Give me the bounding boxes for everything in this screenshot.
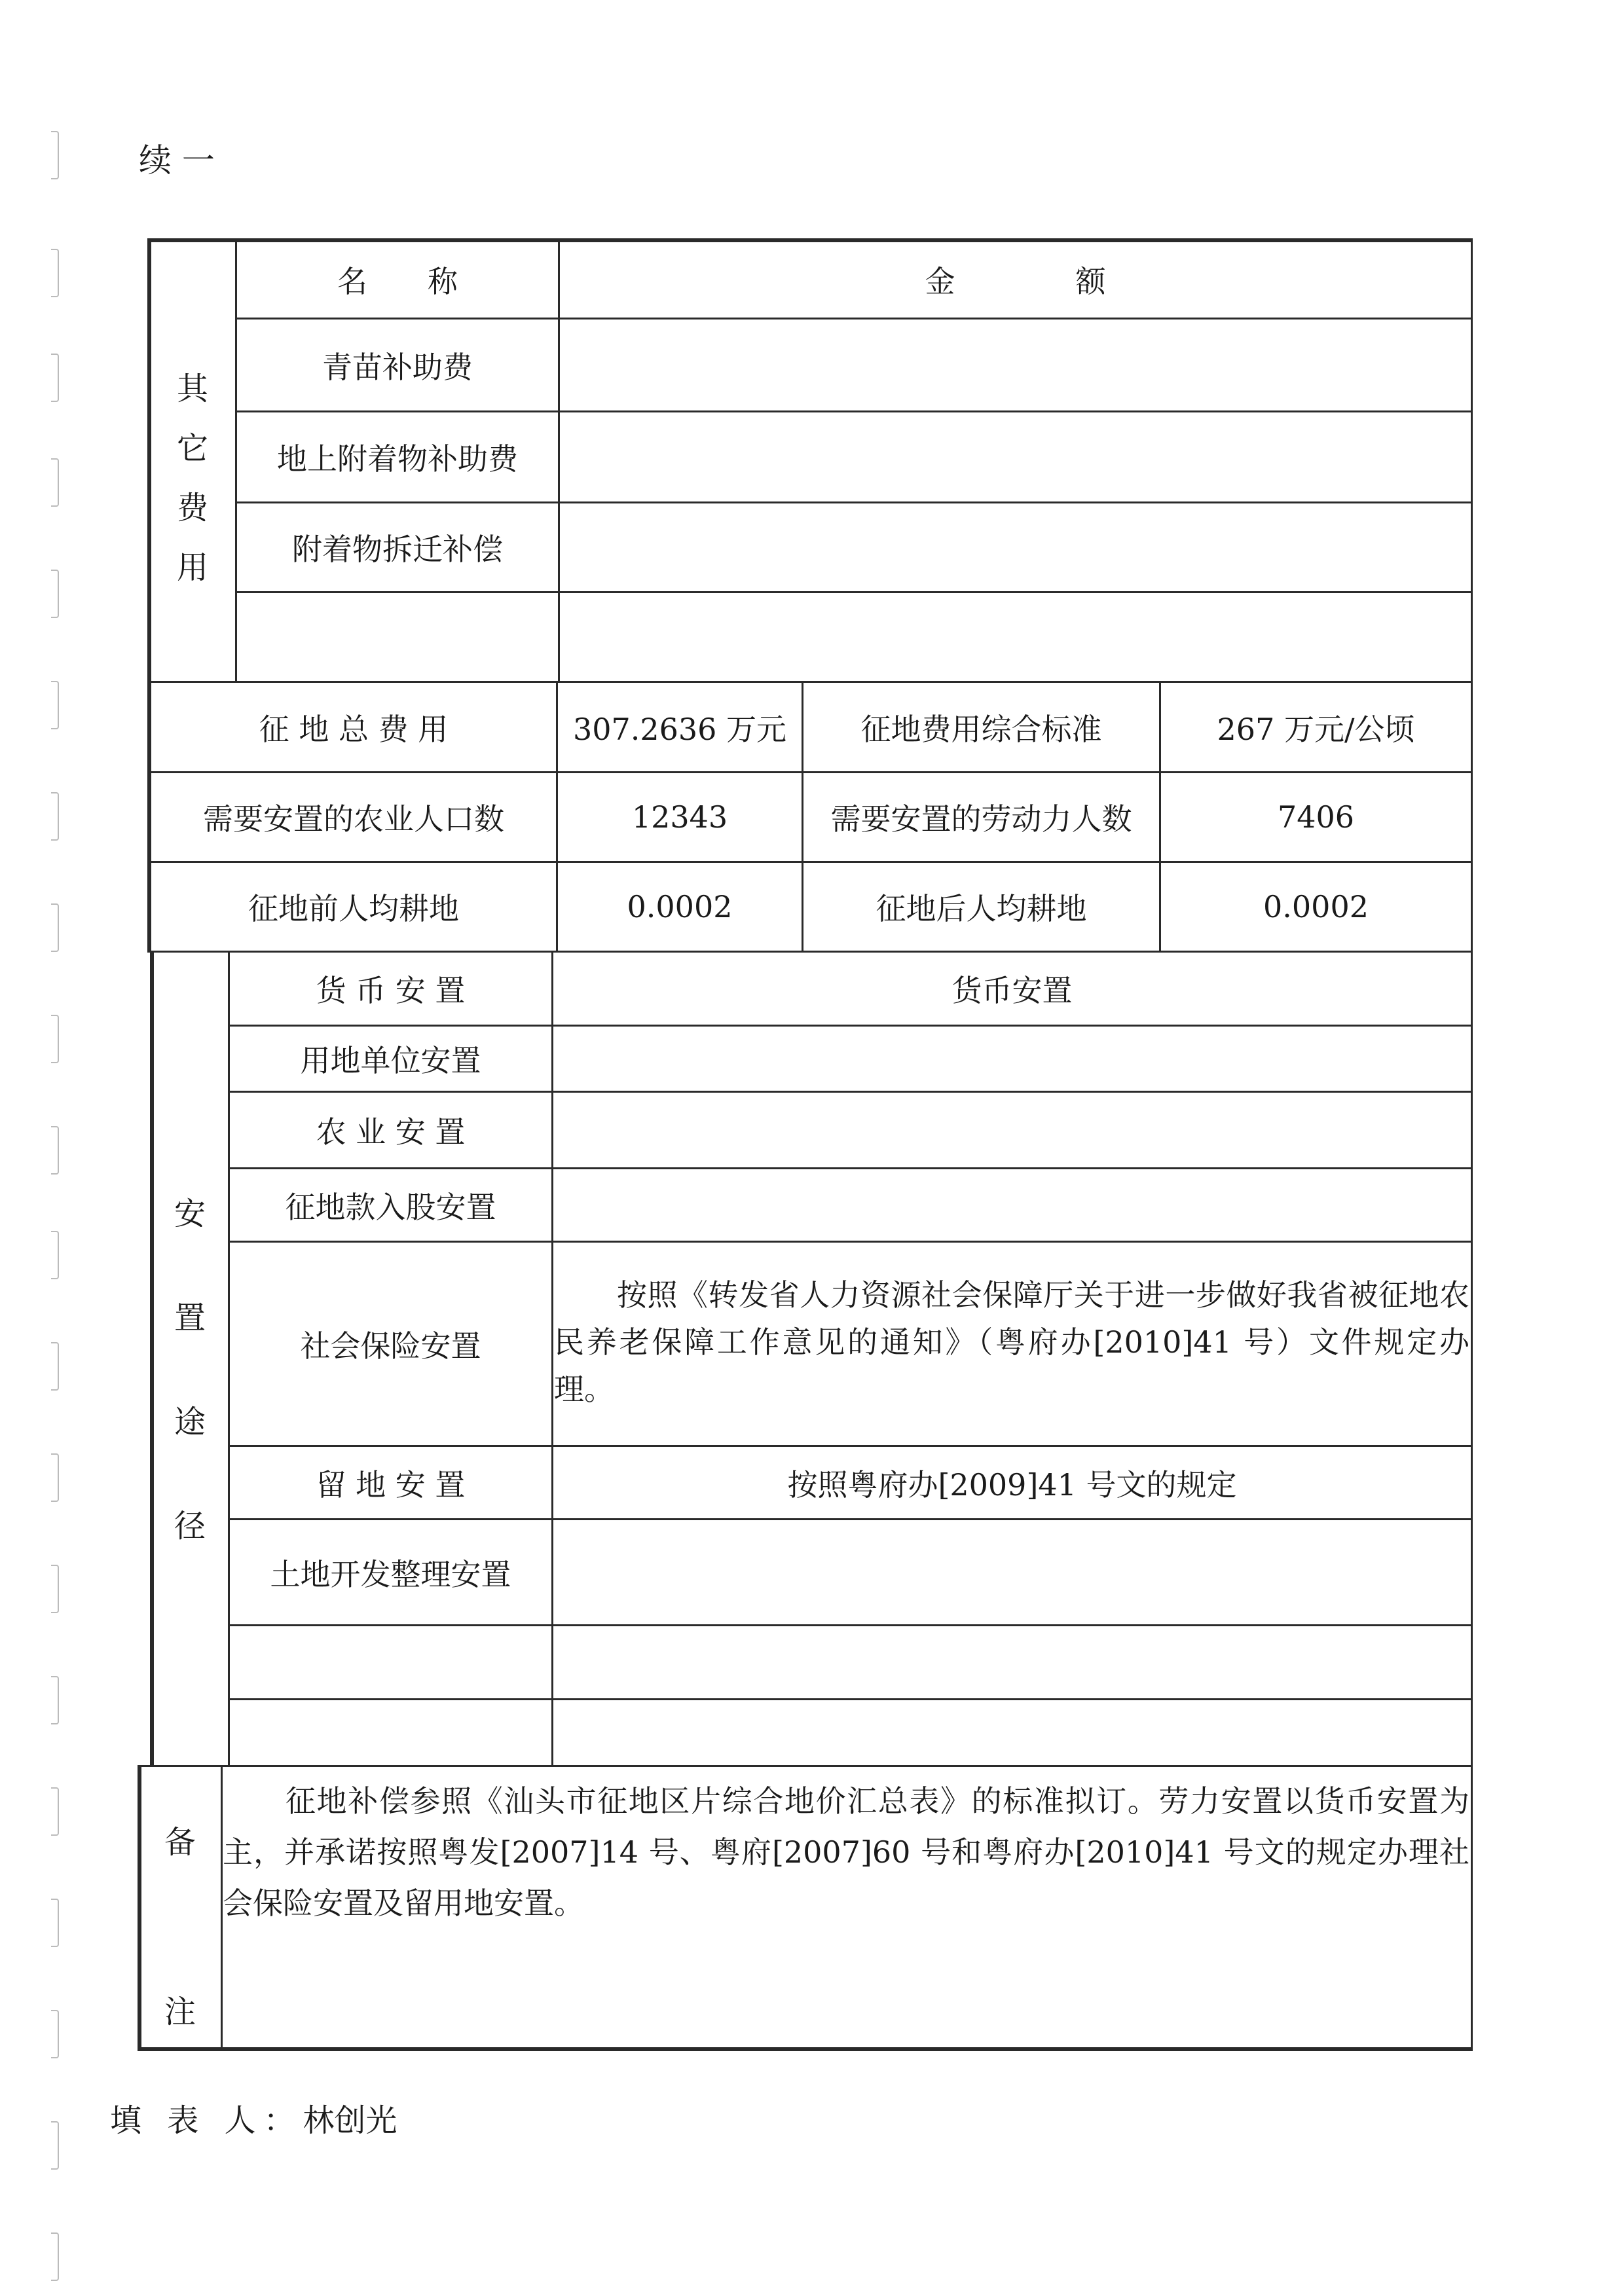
resettlement-value: 按照粤府办[2009]41 号文的规定 (553, 1447, 1471, 1518)
agri-population-label: 需要安置的农业人口数 (151, 773, 556, 861)
resettlement-value (553, 1700, 1471, 1765)
farmland-after-label: 征地后人均耕地 (803, 863, 1159, 951)
binder-hole (51, 2121, 59, 2170)
cost-item-amount (560, 319, 1471, 410)
resettlement-value (553, 1027, 1471, 1091)
resettlement-value: 货币安置 (553, 953, 1471, 1025)
binder-hole (51, 2232, 59, 2281)
cost-item-name: 附着物拆迁补偿 (237, 503, 558, 591)
binder-hole (51, 1565, 59, 1613)
resettlement-section-label: 安 置 途 径 (152, 1188, 228, 1546)
resettlement-name: 农 业 安 置 (230, 1093, 551, 1167)
cost-item-name (237, 593, 558, 681)
remarks-section-label: 备 注 (139, 1817, 221, 2032)
other-costs-section-label: 其 它 费 用 (151, 363, 234, 587)
filler-row: 填 表 人： 林创光 (110, 2095, 397, 2140)
cost-standard-value: 267 万元/公顷 (1161, 683, 1471, 771)
binder-hole (51, 1899, 59, 1947)
labor-count-label: 需要安置的劳动力人数 (803, 773, 1159, 861)
binder-hole (51, 570, 59, 618)
cost-item-amount (560, 412, 1471, 501)
binder-hole (51, 1453, 59, 1502)
resettlement-value (553, 1093, 1471, 1167)
resettlement-name: 用地单位安置 (230, 1027, 551, 1091)
binder-hole (51, 1676, 59, 1724)
resettlement-name: 土地开发整理安置 (230, 1520, 551, 1624)
binder-hole (51, 1015, 59, 1063)
header-amount: 金 额 (560, 241, 1471, 318)
binder-hole (51, 792, 59, 841)
farmland-after-value: 0.0002 (1161, 863, 1471, 951)
total-cost-label: 征 地 总 费 用 (151, 683, 556, 771)
resettlement-value (553, 1626, 1471, 1698)
resettlement-name (230, 1626, 551, 1698)
binder-hole (51, 903, 59, 952)
binder-hole (51, 458, 59, 507)
cost-item-amount (560, 503, 1471, 591)
resettlement-name: 留 地 安 置 (230, 1447, 551, 1518)
social-insurance-text: 按照《转发省人力资源社会保障厅关于进一步做好我省被征地农民养老保障工作意见的通知… (554, 1271, 1469, 1413)
binder-hole (51, 1126, 59, 1175)
binder-hole (51, 1342, 59, 1391)
binder-hole (51, 1231, 59, 1279)
remarks-text: 征地补偿参照《汕头市征地区片综合地价汇总表》的标准拟订。劳力安置以货币安置为主，… (223, 1776, 1469, 1929)
binder-hole (51, 131, 59, 179)
filler-label: 填 表 人： (110, 2095, 303, 2140)
binder-hole (51, 2010, 59, 2058)
farmland-before-value: 0.0002 (558, 863, 802, 951)
cost-item-name: 青苗补助费 (237, 319, 558, 410)
resettlement-name (230, 1700, 551, 1765)
resettlement-name: 货 币 安 置 (230, 953, 551, 1025)
cost-item-amount (560, 593, 1471, 681)
header-name: 名 称 (237, 241, 558, 318)
agri-population-value: 12343 (558, 773, 802, 861)
resettlement-value (553, 1520, 1471, 1624)
resettlement-name: 社会保险安置 (230, 1243, 551, 1445)
binder-hole (51, 354, 59, 402)
filler-name: 林创光 (303, 2095, 397, 2140)
binder-hole (51, 249, 59, 297)
binder-hole (51, 1787, 59, 1836)
labor-count-value: 7406 (1161, 773, 1471, 861)
continuation-label: 续 一 (139, 134, 215, 181)
total-cost-value: 307.2636 万元 (558, 683, 802, 771)
resettlement-name: 征地款入股安置 (230, 1169, 551, 1241)
resettlement-value (553, 1169, 1471, 1241)
farmland-before-label: 征地前人均耕地 (151, 863, 556, 951)
binder-hole (51, 681, 59, 729)
cost-item-name: 地上附着物补助费 (237, 412, 558, 501)
cost-standard-label: 征地费用综合标准 (803, 683, 1159, 771)
